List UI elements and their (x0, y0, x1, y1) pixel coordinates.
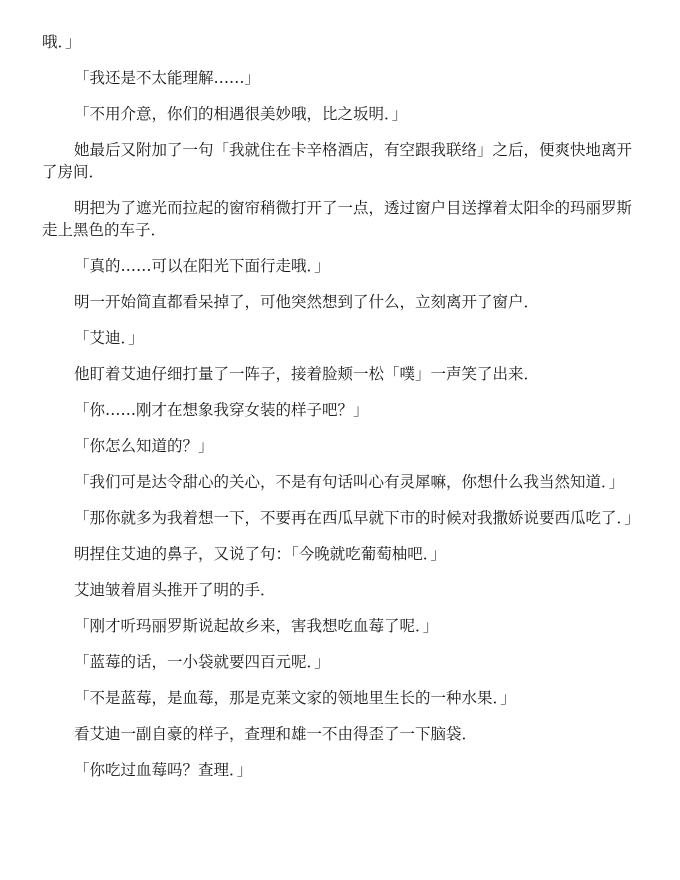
paragraph: 「不是蓝莓，是血莓，那是克莱文家的领地里生长的一种水果．」 (42, 687, 642, 709)
paragraph: 「你吃过血莓吗？查理．」 (42, 759, 642, 781)
paragraph: 「蓝莓的话，一小袋就要四百元呢．」 (42, 651, 642, 673)
paragraph: 「真的……可以在阳光下面行走哦．」 (42, 255, 642, 277)
paragraph: 看艾迪一副自豪的样子，查理和雄一不由得歪了一下脑袋． (42, 723, 642, 745)
document-page: 哦．」 「我还是不太能理解……」 「不用介意，你们的相遇很美妙哦，比之坂明．」 … (42, 31, 642, 795)
paragraph: 「不用介意，你们的相遇很美妙哦，比之坂明．」 (42, 103, 642, 125)
paragraph: 「我们可是达令甜心的关心，不是有句话叫心有灵犀嘛，你想什么我当然知道．」 (42, 471, 642, 493)
paragraph: 明把为了遮光而拉起的窗帘稍微打开了一点，透过窗户目送撑着太阳伞的玛丽罗斯走上黑色… (42, 197, 642, 241)
paragraph: 明一开始简直都看呆掉了，可他突然想到了什么，立刻离开了窗户． (42, 291, 642, 313)
paragraph: 「艾迪．」 (42, 327, 642, 349)
paragraph: 她最后又附加了一句「我就住在卡辛格酒店，有空跟我联络」之后，便爽快地离开了房间． (42, 139, 642, 183)
paragraph: 「你……刚才在想象我穿女装的样子吧？」 (42, 399, 642, 421)
paragraph: 明捏住艾迪的鼻子，又说了句：「今晚就吃葡萄柚吧．」 (42, 543, 642, 565)
paragraph: 「刚才听玛丽罗斯说起故乡来，害我想吃血莓了呢．」 (42, 615, 642, 637)
paragraph: 他盯着艾迪仔细打量了一阵子，接着脸颊一松「噗」一声笑了出来． (42, 363, 642, 385)
paragraph: 「你怎么知道的？」 (42, 435, 642, 457)
paragraph: 「那你就多为我着想一下，不要再在西瓜早就下市的时候对我撒娇说要西瓜吃了．」 (42, 507, 642, 529)
paragraph: 艾迪皱着眉头推开了明的手． (42, 579, 642, 601)
paragraph: 「我还是不太能理解……」 (42, 67, 642, 89)
paragraph: 哦．」 (42, 31, 642, 53)
